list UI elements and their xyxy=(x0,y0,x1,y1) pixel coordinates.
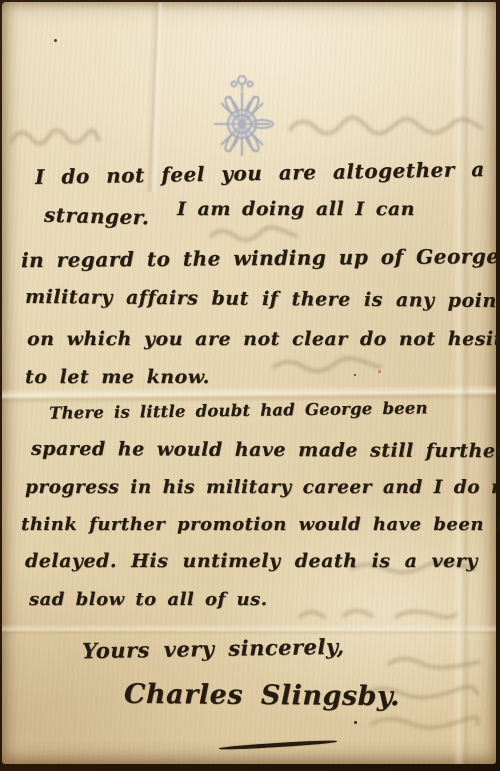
letter-line: There is little doubt had George been xyxy=(49,398,428,422)
letter-line: delayed. His untimely death is a very xyxy=(25,550,478,572)
photo-backdrop: I do not feel you are altogether a stran… xyxy=(0,0,500,771)
show-through-mark xyxy=(270,354,385,376)
letter-line: military affairs but if there is any poi… xyxy=(25,286,500,312)
paper-speck xyxy=(54,39,57,42)
show-through-mark xyxy=(207,222,302,246)
letter-line: I do not feel you are altogether a xyxy=(35,157,485,189)
show-through-mark xyxy=(7,118,103,158)
letter-line: in regard to the winding up of Georges xyxy=(21,244,500,272)
signature: Charles Slingsby. xyxy=(124,679,400,712)
show-through-mark xyxy=(296,602,461,628)
closing-line: Yours very sincerely, xyxy=(82,634,345,664)
embossed-crest-icon xyxy=(202,68,282,168)
paper-speck xyxy=(354,374,356,376)
show-through-mark xyxy=(286,110,486,144)
letter-line: stranger. xyxy=(44,203,150,230)
letter-line: sad blow to all of us. xyxy=(29,589,268,610)
paper-speck xyxy=(354,721,357,724)
letter-line: spared he would have made still further xyxy=(31,438,500,462)
letter-line: progress in his military career and I do… xyxy=(25,477,500,498)
signature-flourish-underline xyxy=(219,739,337,750)
letter-page: I do not feel you are altogether a stran… xyxy=(2,2,496,764)
letter-line: on which you are not clear do not hesita… xyxy=(27,328,500,350)
letter-line: think further promotion would have been … xyxy=(21,514,500,535)
paper-speck xyxy=(378,370,381,373)
show-through-mark xyxy=(385,652,483,672)
letter-line: to let me know. xyxy=(25,366,210,388)
letter-line: I am doing all I can xyxy=(177,198,415,220)
